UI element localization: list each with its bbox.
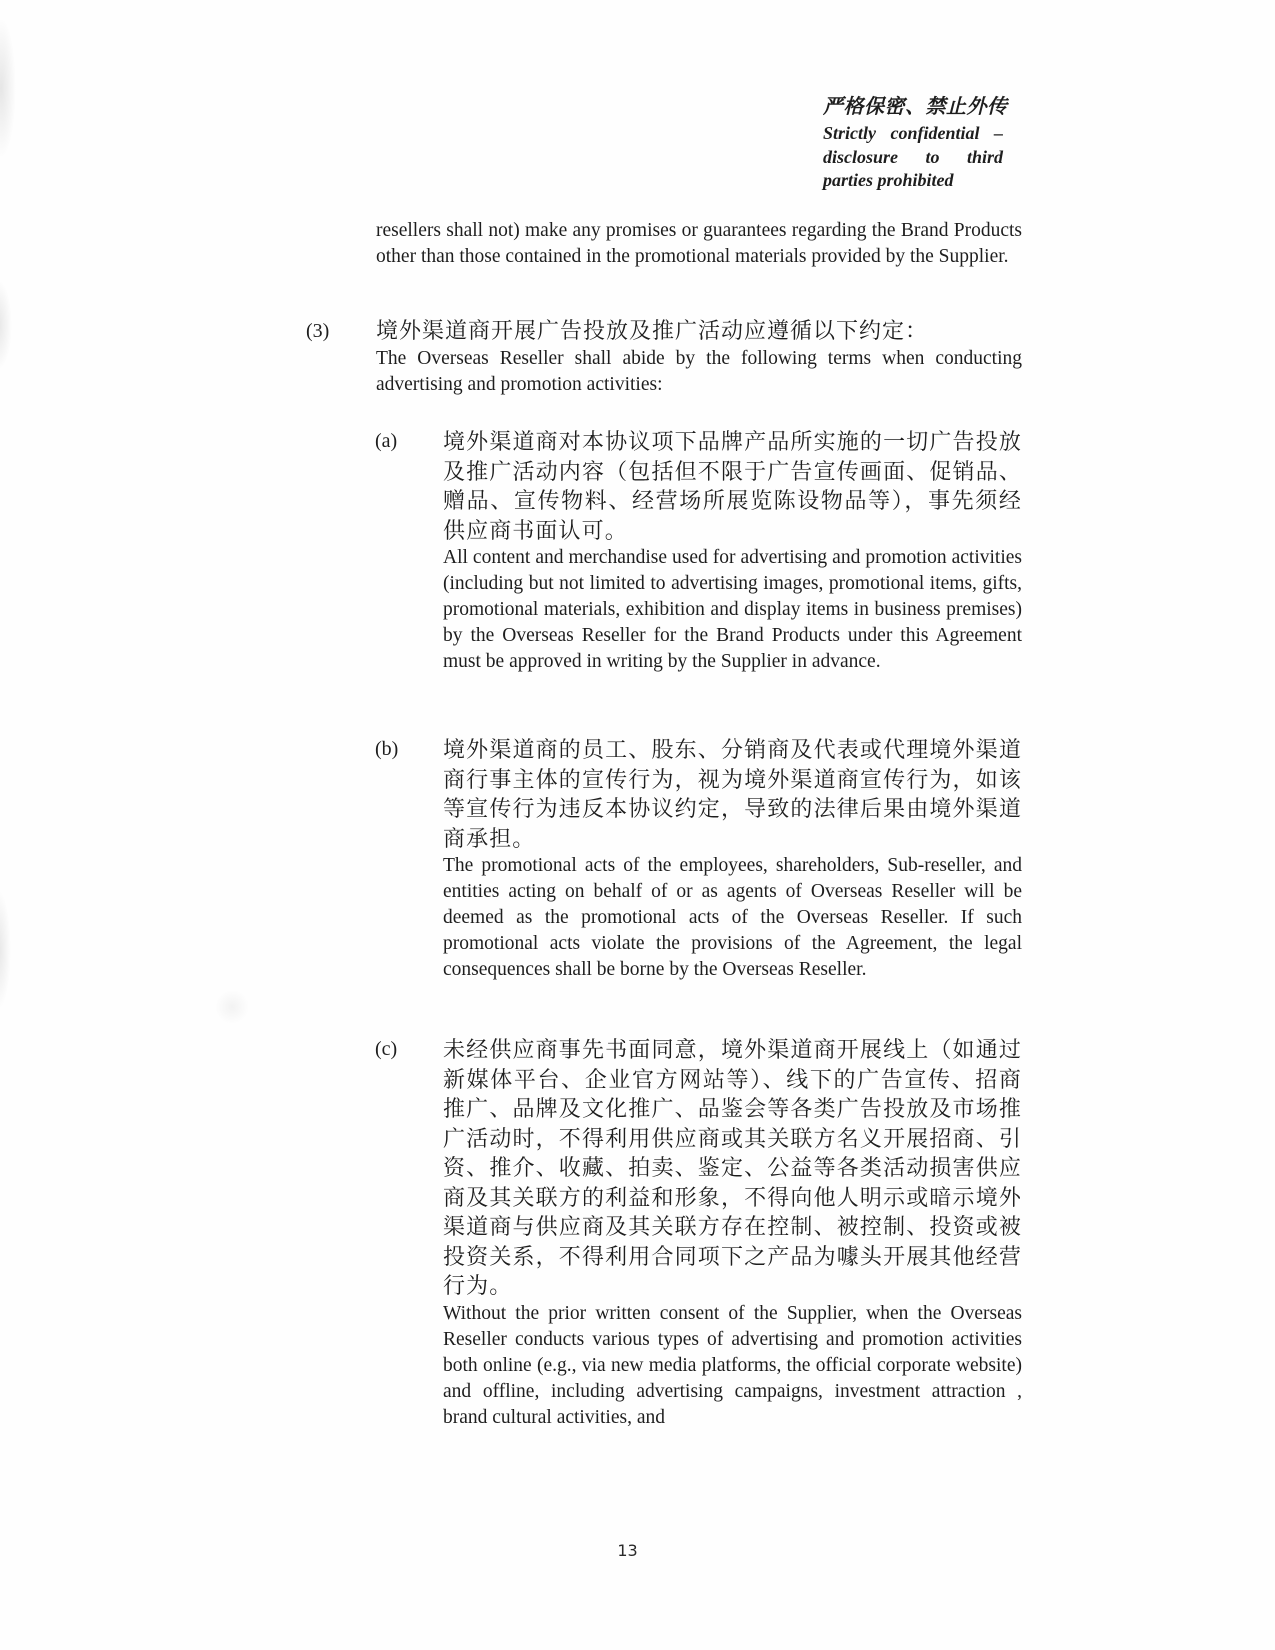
clause-3-number: (3) xyxy=(306,317,329,347)
page-number: 13 xyxy=(0,1541,1255,1560)
scan-smudge-artifact xyxy=(215,990,249,1024)
continued-paragraph: resellers shall not) make any promises o… xyxy=(376,218,1022,270)
item-a-label: (a) xyxy=(375,427,443,675)
confidentiality-notice-en-line3: parties prohibited xyxy=(823,169,1003,193)
confidentiality-notice: 严格保密、禁止外传 Strictly confidential – disclo… xyxy=(823,92,1003,193)
confidentiality-notice-en-line1: Strictly confidential – xyxy=(823,122,1003,146)
item-b-zh: 境外渠道商的员工、股东、分销商及代表或代理境外渠道商行事主体的宣传行为，视为境外… xyxy=(443,735,1022,853)
item-a-en: All content and merchandise used for adv… xyxy=(443,545,1022,675)
clause-3-item-a: (a) 境外渠道商对本协议项下品牌产品所实施的一切广告投放及推广活动内容（包括但… xyxy=(375,427,1022,675)
item-b-en: The promotional acts of the employees, s… xyxy=(443,853,1022,983)
item-b-text: 境外渠道商的员工、股东、分销商及代表或代理境外渠道商行事主体的宣传行为，视为境外… xyxy=(443,735,1022,983)
clause-3-en: The Overseas Reseller shall abide by the… xyxy=(376,346,1022,398)
clause-3-item-b: (b) 境外渠道商的员工、股东、分销商及代表或代理境外渠道商行事主体的宣传行为，… xyxy=(375,735,1022,983)
item-b-label: (b) xyxy=(375,735,443,983)
scan-smudge-artifact xyxy=(0,18,16,158)
item-a-text: 境外渠道商对本协议项下品牌产品所实施的一切广告投放及推广活动内容（包括但不限于广… xyxy=(443,427,1022,675)
clause-3-item-c: (c) 未经供应商事先书面同意，境外渠道商开展线上（如通过新媒体平台、企业官方网… xyxy=(375,1035,1022,1431)
clause-3-text: 境外渠道商开展广告投放及推广活动应遵循以下约定： The Overseas Re… xyxy=(376,316,1022,398)
scan-smudge-artifact xyxy=(0,280,12,370)
item-c-zh: 未经供应商事先书面同意，境外渠道商开展线上（如通过新媒体平台、企业官方网站等）、… xyxy=(443,1035,1022,1301)
confidentiality-notice-en-line2: disclosure to third xyxy=(823,146,1003,170)
item-c-label: (c) xyxy=(375,1035,443,1431)
scan-smudge-artifact xyxy=(0,890,11,1010)
item-c-en: Without the prior written consent of the… xyxy=(443,1301,1022,1431)
document-page: 严格保密、禁止外传 Strictly confidential – disclo… xyxy=(0,0,1275,1650)
clause-3-zh: 境外渠道商开展广告投放及推广活动应遵循以下约定： xyxy=(376,316,1022,346)
confidentiality-notice-zh: 严格保密、禁止外传 xyxy=(823,92,1003,122)
item-c-text: 未经供应商事先书面同意，境外渠道商开展线上（如通过新媒体平台、企业官方网站等）、… xyxy=(443,1035,1022,1431)
item-a-zh: 境外渠道商对本协议项下品牌产品所实施的一切广告投放及推广活动内容（包括但不限于广… xyxy=(443,427,1022,545)
